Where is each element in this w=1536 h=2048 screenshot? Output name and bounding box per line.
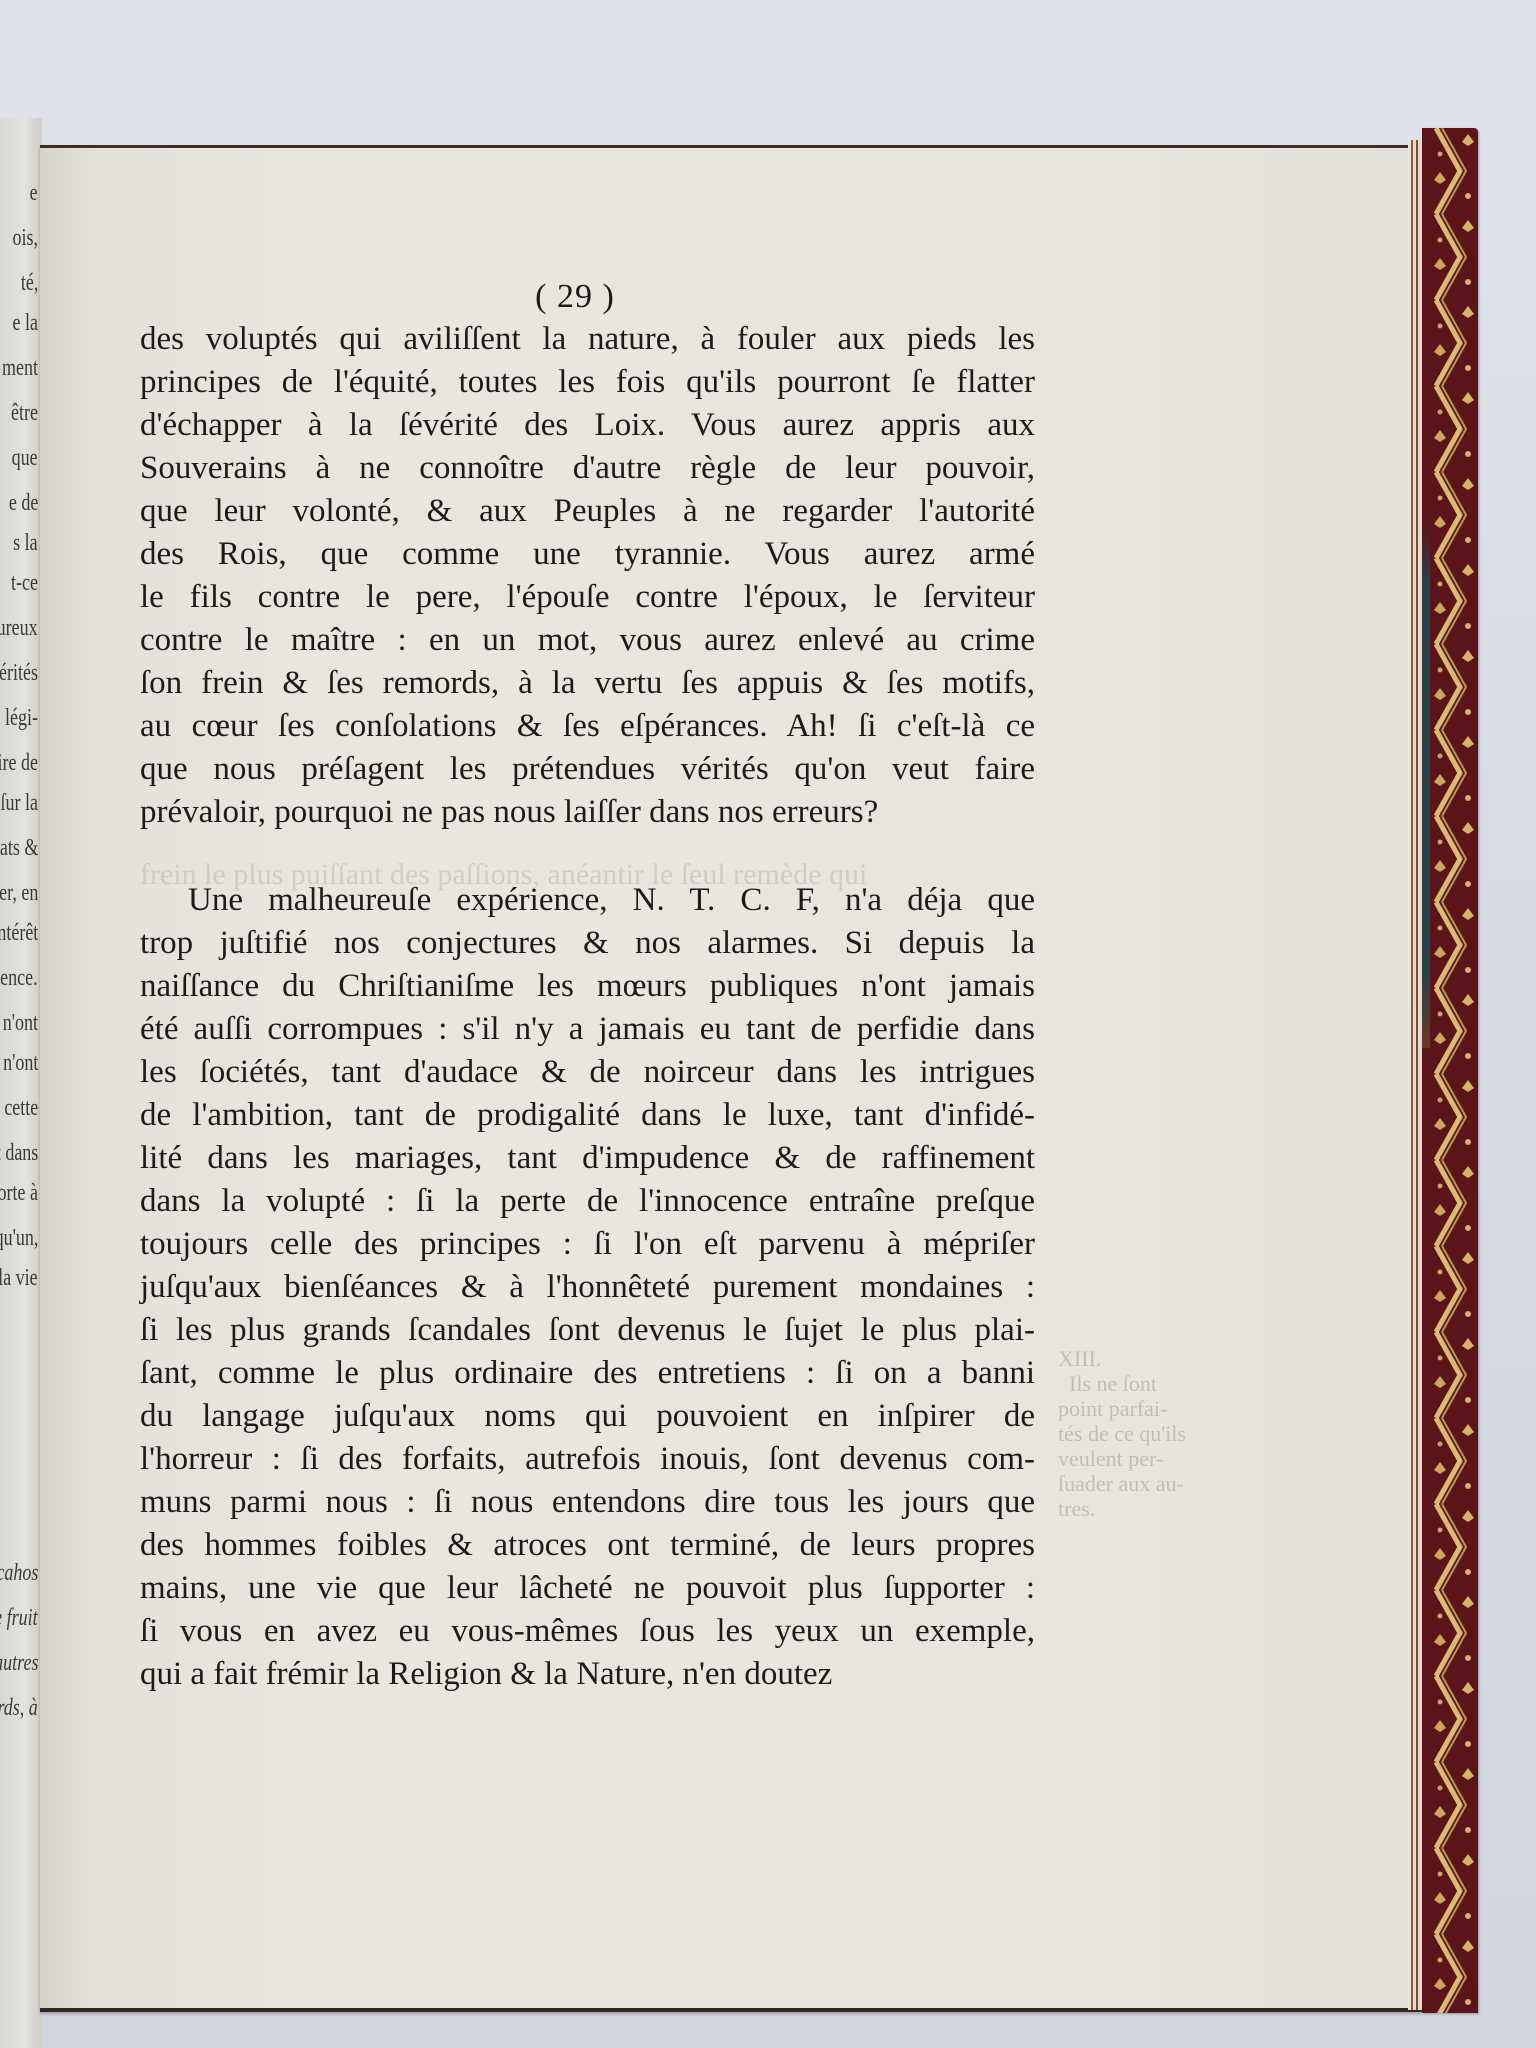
facing-page-edge: eois,té,e lamentêtrequee des lat-ceureux… [0,118,42,2048]
facing-page-text-fragment: ois, [12,225,38,252]
facing-page-text-fragment: ur cahos [0,1560,38,1587]
text-line: lité dans les mariages, tant d'impudence… [140,1137,1035,1180]
facing-page-text-fragment: ire de [0,750,38,777]
binding-wear-band [1422,528,1430,1048]
facing-page-text-fragment: le fruit [0,1605,38,1632]
text-line: muns parmi nous : ſi nous entendons dire… [140,1481,1035,1524]
text-line: que leur volonté, & aux Peuples à ne reg… [140,490,1035,533]
page-number: ( 29 ) [520,278,630,316]
text-line: principes de l'équité, toutes les fois q… [140,361,1035,404]
gilt-zigzag-ornament [1430,128,1478,2013]
facing-page-text-fragment: intérêt [0,920,38,947]
text-line: le fils contre le pere, l'épouſe contre … [140,576,1035,619]
text-line: des voluptés qui aviliſſent la nature, à… [140,318,1035,361]
text-line: d'échapper à la ſévérité des Loix. Vous … [140,404,1035,447]
facing-page-text-fragment: e de [9,490,38,517]
facing-page-text-fragment: e la [13,310,38,337]
text-line: ſi les plus grands ſcandales ſont devenu… [140,1309,1035,1352]
text-line: que nous préſagent les prétendues vérité… [140,748,1035,791]
text-line: les ſociétés, tant d'audace & de noirceu… [140,1051,1035,1094]
text-line: du langage juſqu'aux noms qui pouvoient … [140,1395,1035,1438]
text-line: des hommes foibles & atroces ont terminé… [140,1524,1035,1567]
text-line: Souverains à ne connoître d'autre règle … [140,447,1035,490]
facing-page-text-fragment: s n'ont [0,1050,38,1077]
facing-page-text-fragment: s autres [0,1650,38,1677]
facing-page-text-fragment: t-ce [11,570,38,597]
show-through-side-note: XIII. Ils ne ſont point parfai- tés de c… [1058,1346,1186,1521]
text-line: mains, une vie que leur lâcheté ne pouvo… [140,1567,1035,1610]
page-fore-edge [1408,140,1422,2010]
facing-page-text-fragment: être [11,400,38,427]
text-line: dans la volupté : ſi la perte de l'innoc… [140,1180,1035,1223]
facing-page-text-fragment: bats & [0,835,38,862]
text-line: ſi vous en avez eu vous-mêmes ſous les y… [140,1610,1035,1653]
text-line: juſqu'aux bienſéances & à l'honnêteté pu… [140,1266,1035,1309]
text-line: au cœur ſes conſolations & ſes eſpérance… [140,705,1035,748]
text-line: prévaloir, pourquoi ne pas nous laiſſer … [140,791,1035,834]
text-line: de l'ambition, tant de prodigalité dans … [140,1094,1035,1137]
text-line: qui a fait frémir la Religion & la Natur… [140,1653,1035,1696]
text-line: l'horreur : ſi des forfaits, autrefois i… [140,1438,1035,1481]
facing-page-text-fragment: légi- [5,705,38,732]
facing-page-text-fragment: que [12,445,38,472]
facing-page-text-fragment: qu'un, [0,1225,38,1252]
facing-page-text-fragment: té, [21,270,38,297]
facing-page-text-fragment: érités [0,660,38,687]
text-line: naiſſance du Chriſtianiſme les mœurs pub… [140,965,1035,1008]
text-line: toujours celle des principes : ſi l'on e… [140,1223,1035,1266]
facing-page-text-fragment: et dans [0,1140,38,1167]
text-line: Une malheureuſe expérience, N. T. C. F, … [140,879,1035,922]
body-text: des voluptés qui aviliſſent la nature, à… [140,318,1035,1696]
facing-page-text-fragment: e [30,180,38,207]
facing-page-text-fragment: érence. [0,965,38,992]
facing-page-text-fragment: ureux [0,615,38,642]
facing-page-text-fragment: r cette [0,1095,38,1122]
text-line: été auſſi corrompues : s'il n'y a jamais… [140,1008,1035,1051]
facing-page-text-fragment: porte à [0,1180,38,1207]
facing-page-text-fragment: ords, à [0,1695,38,1722]
text-line: des Rois, que comme une tyrannie. Vous a… [140,533,1035,576]
text-line: trop juſtifié nos conjectures & nos alar… [140,922,1035,965]
gilt-leather-binding-edge [1422,128,1478,2013]
facing-page-text-fragment: er, en [0,880,38,907]
text-line: contre le maître : en un mot, vous aurez… [140,619,1035,662]
facing-page-text-fragment: s la [13,530,38,557]
facing-page-text-fragment: n'ont [3,1010,38,1037]
paragraph-1: des voluptés qui aviliſſent la nature, à… [140,318,1035,834]
facing-page-text-fragment: ment [2,355,38,382]
facing-page-text-fragment: ſur la [1,790,38,817]
text-line: ſant, comme le plus ordinaire des entret… [140,1352,1035,1395]
paragraph-2: Une malheureuſe expérience, N. T. C. F, … [140,879,1035,1696]
facing-page-text-fragment: la vie [0,1265,38,1292]
paragraph-gap [140,834,1035,879]
text-line: ſon frein & ſes remords, à la vertu ſes … [140,662,1035,705]
